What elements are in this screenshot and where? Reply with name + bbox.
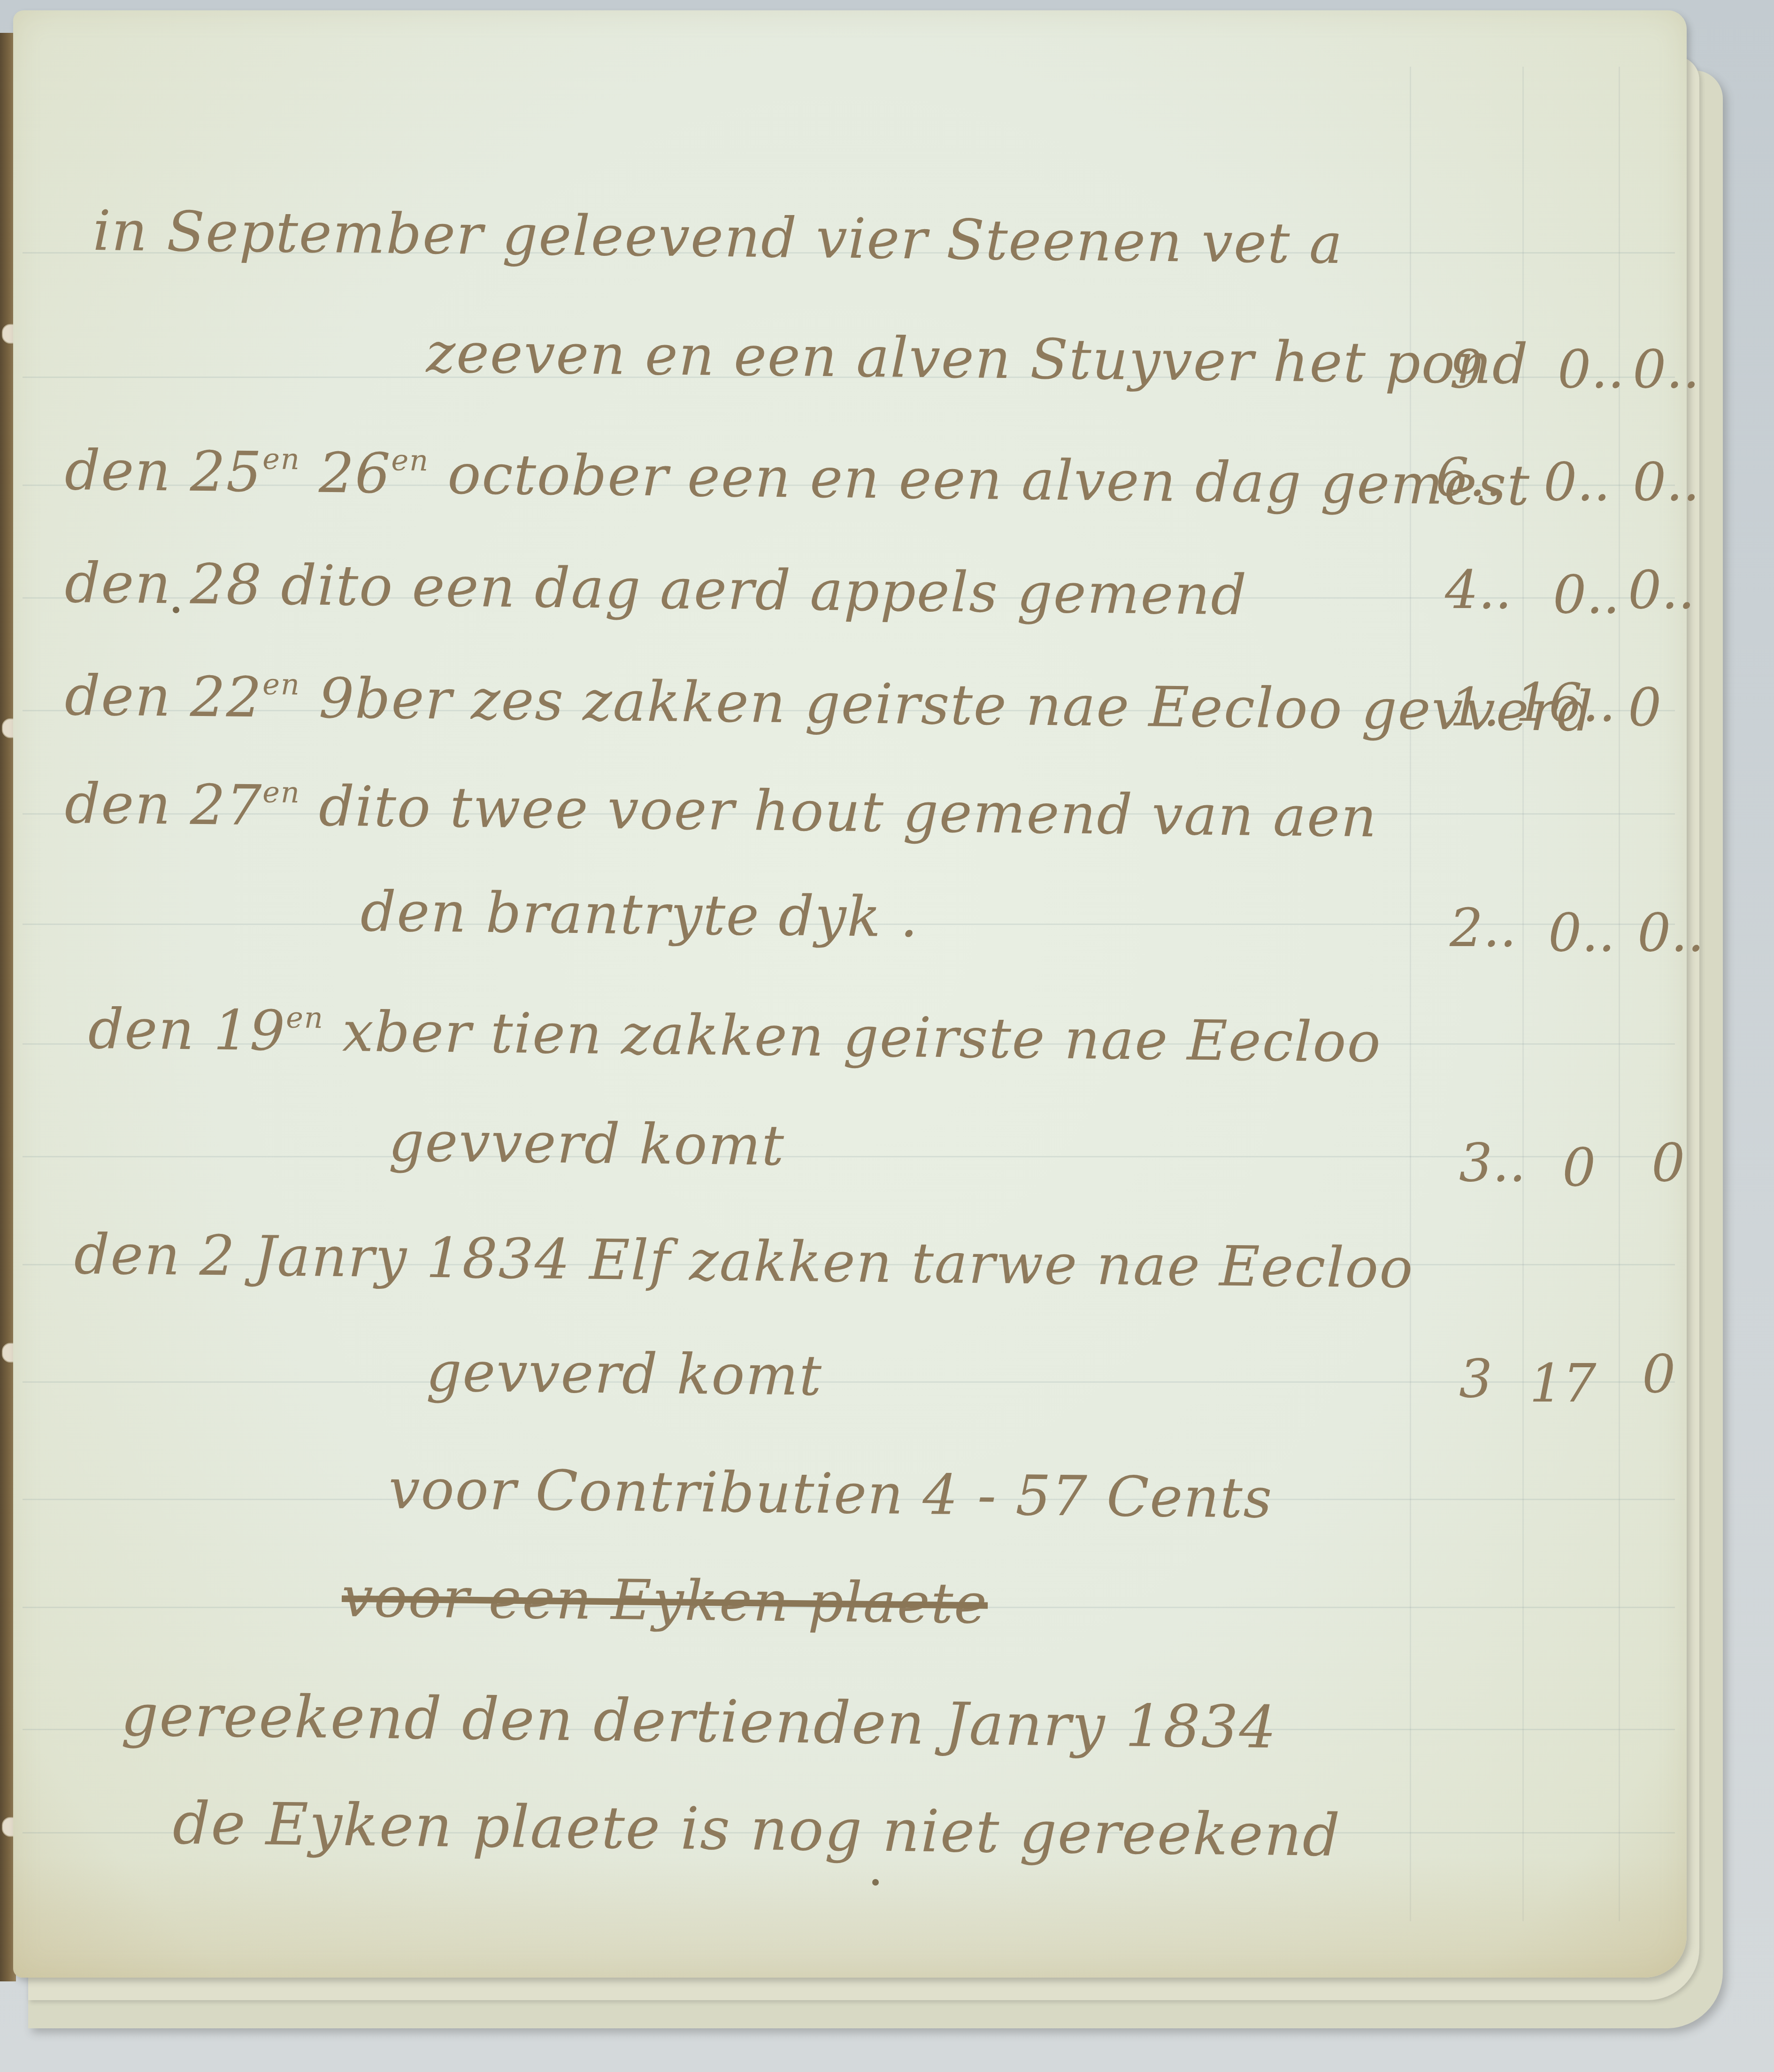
amount-guilders: 4.. (1445, 560, 1512, 621)
manuscript-page: in September geleevend vier Steenen vet … (13, 10, 1687, 1978)
amount-stuivers: 0.. (1553, 564, 1620, 625)
entry-text: den 22en 9ber zes zakken geirste nae Eec… (64, 663, 1594, 744)
amount-penning: 0 (1642, 1344, 1675, 1405)
amount-guilders: 6.. (1436, 447, 1502, 508)
entry-text: den 25en 26en october een en een alven d… (64, 438, 1530, 518)
amount-penning: 0.. (1633, 339, 1699, 400)
ink-speck (872, 1879, 879, 1886)
struck-through-line: voor een Eyken plaete (341, 1564, 988, 1636)
entry-continuation: gevverd komt (388, 1109, 785, 1178)
ruling-line (23, 1156, 1675, 1157)
amount-stuivers: 17 (1529, 1353, 1597, 1414)
amount-penning: 0.. (1637, 902, 1704, 963)
entry-continuation: den brantryte dyk . (360, 879, 919, 949)
amount-guilders: 3 (1459, 1348, 1492, 1410)
amount-penning: 0 (1651, 1132, 1685, 1194)
amount-penning: 0.. (1633, 452, 1699, 513)
amount-stuivers: 0.. (1544, 452, 1610, 513)
amount-guilders: 1. (1450, 677, 1500, 738)
amount-stuivers: 0 (1562, 1137, 1596, 1198)
entry-text: den 2 Janry 1834 Elf zakken tarwe nae Ee… (74, 1222, 1414, 1301)
reckoning-date-line: gereekend den dertienden Janry 1834 (121, 1682, 1277, 1762)
entry-text: den 27en dito twee voer hout gemend van … (64, 771, 1378, 849)
entry-text: den 28 dito een dag aerd appels gemend (64, 550, 1248, 627)
amount-guilders: 2.. (1450, 898, 1516, 959)
contribution-line: voor Contributien 4 - 57 Cents (388, 1456, 1273, 1531)
amount-guilders: 9 (1450, 339, 1483, 400)
ruling-line (23, 1381, 1675, 1383)
ink-speck (173, 607, 179, 613)
amount-guilders: 3.. (1459, 1132, 1526, 1194)
entry-text: den 19en xber tien zakken geirste nae Ee… (88, 996, 1382, 1075)
amount-stuivers: 16.. (1515, 672, 1616, 733)
closing-note-line: de Eyken plaete is nog niet gereekend (172, 1790, 1341, 1870)
entry-continuation: zeeven en een alven Stuyver het pond (426, 320, 1529, 397)
amount-penning: 0.. (1628, 560, 1695, 621)
amount-stuivers: 0.. (1548, 902, 1615, 963)
entry-continuation: gevverd komt (426, 1339, 822, 1408)
amount-penning: 0 (1628, 677, 1661, 738)
entry-text: in September geleevend vier Steenen vet … (92, 198, 1344, 276)
amount-stuivers: 0.. (1558, 339, 1624, 400)
